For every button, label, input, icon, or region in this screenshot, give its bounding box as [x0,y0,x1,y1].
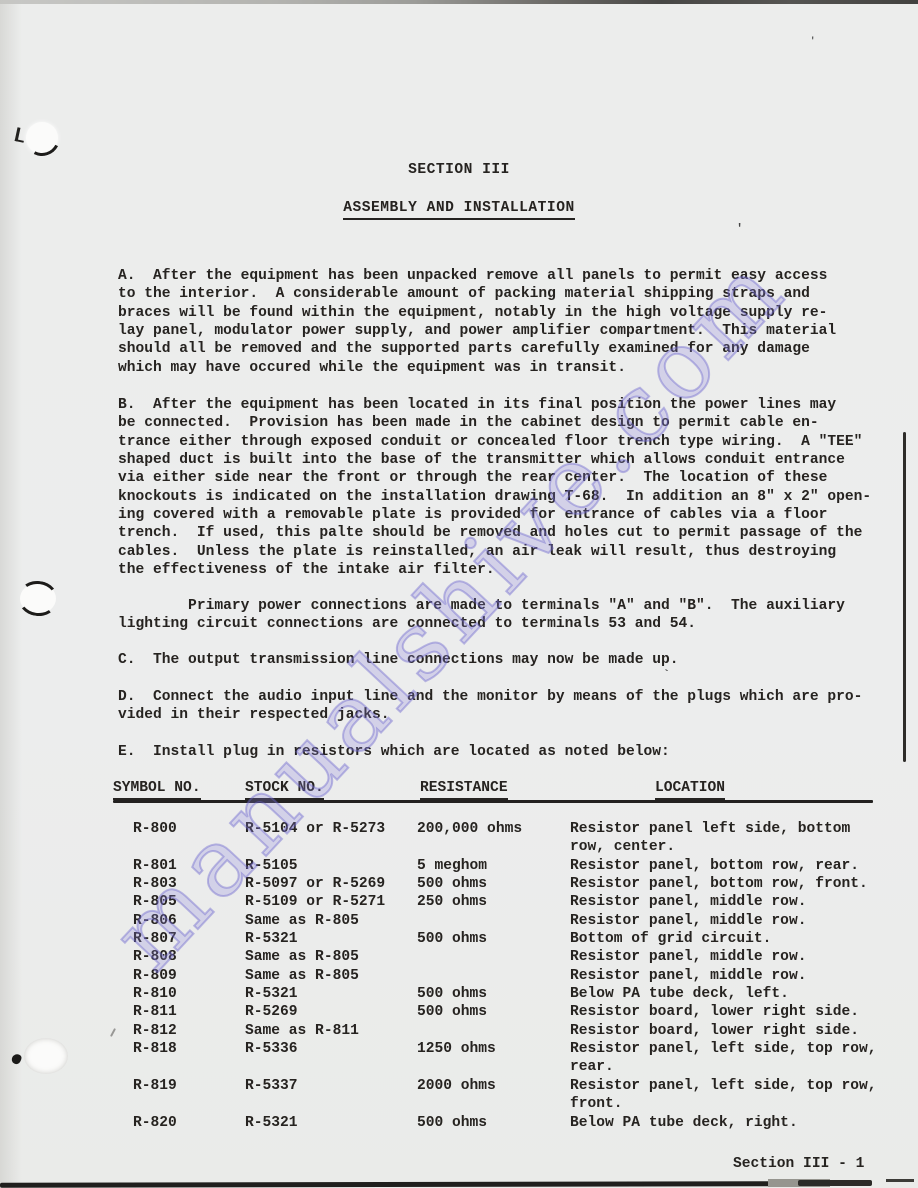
paragraph-a: A. After the equipment has been unpacked… [118,267,836,377]
cell-symbol-no: R-801 [133,857,245,875]
column-header-resistance: RESISTANCE [420,779,508,800]
scan-speck: ' [736,224,743,234]
cell-stock-no: Same as R-805 [245,948,417,966]
cell-stock-no: R-5336 [245,1040,417,1077]
cell-symbol-no: R-818 [133,1040,245,1077]
table-row: R-806 Same as R-805 Resistor panel, midd… [133,912,891,930]
paragraph-c: C. The output transmission line connecti… [118,651,679,669]
cell-resistance [417,1022,570,1040]
cell-resistance: 500 ohms [417,985,570,1003]
column-header-symbol-no: SYMBOL NO. [113,779,201,800]
cell-location: Resistor board, lower right side. [570,1022,891,1040]
cell-symbol-no: R-809 [133,967,245,985]
cell-stock-no: R-5321 [245,1114,417,1132]
cell-stock-no: R-5269 [245,1003,417,1021]
cell-resistance [417,967,570,985]
cell-stock-no: R-5337 [245,1077,417,1114]
cell-resistance [417,912,570,930]
paragraph-primary-power: Primary power connections are made to te… [118,597,845,634]
cell-stock-no: R-5109 or R-5271 [245,893,417,911]
page-title-wrap: ASSEMBLY AND INSTALLATION [0,199,918,220]
cell-location: Resistor panel, middle row. [570,948,891,966]
cell-resistance [417,948,570,966]
scan-bottom-dash [886,1179,914,1182]
cell-symbol-no: R-811 [133,1003,245,1021]
table-row: R-811 R-5269 500 ohms Resistor board, lo… [133,1003,891,1021]
cell-location: Resistor panel, middle row. [570,893,891,911]
cell-symbol-no: R-807 [133,930,245,948]
cell-location: Resistor panel, bottom row, front. [570,875,891,893]
cell-location: Resistor panel, middle row. [570,912,891,930]
section-heading: SECTION III [0,161,918,179]
cell-location: Resistor panel, left side, top row, fron… [570,1077,891,1114]
scan-bottom-blot [798,1180,872,1186]
scan-top-edge [0,0,918,4]
page-number: Section III - 1 [733,1155,864,1173]
cell-location: Resistor board, lower right side. [570,1003,891,1021]
paragraph-d: D. Connect the audio input line and the … [118,688,862,725]
cell-symbol-no: R-812 [133,1022,245,1040]
cell-stock-no: R-5105 [245,857,417,875]
cell-location: Resistor panel, left side, top row, rear… [570,1040,891,1077]
table-row: R-810 R-5321 500 ohms Below PA tube deck… [133,985,891,1003]
table-row: R-820 R-5321 500 ohms Below PA tube deck… [133,1114,891,1132]
cell-symbol-no: R-810 [133,985,245,1003]
table-row: R-808 Same as R-805 Resistor panel, midd… [133,948,891,966]
cell-resistance: 500 ohms [417,930,570,948]
punch-hole-top [26,122,58,154]
cell-symbol-no: R-808 [133,948,245,966]
cell-resistance: 250 ohms [417,893,570,911]
scan-bottom-edge [0,1181,772,1188]
paragraph-b: B. After the equipment has been located … [118,396,871,579]
cell-resistance: 2000 ohms [417,1077,570,1114]
cell-stock-no: Same as R-805 [245,967,417,985]
scan-right-edge-line [903,432,906,762]
table-row: R-818 R-5336 1250 ohms Resistor panel, l… [133,1040,891,1077]
cell-symbol-no: R-819 [133,1077,245,1114]
table-row: R-800 R-5104 or R-5273 200,000 ohms Resi… [133,820,891,857]
cell-location: Below PA tube deck, left. [570,985,891,1003]
cell-symbol-no: R-803 [133,875,245,893]
punch-hole-middle [20,583,56,614]
cell-stock-no: R-5321 [245,985,417,1003]
cell-location: Below PA tube deck, right. [570,1114,891,1132]
column-header-stock-no: STOCK NO. [245,779,324,800]
cell-location: Bottom of grid circuit. [570,930,891,948]
column-header-location: LOCATION [655,779,725,800]
cell-stock-no: R-5104 or R-5273 [245,820,417,857]
table-row: R-809 Same as R-805 Resistor panel, midd… [133,967,891,985]
table-row: R-803 R-5097 or R-5269 500 ohms Resistor… [133,875,891,893]
cell-stock-no: Same as R-811 [245,1022,417,1040]
page-title: ASSEMBLY AND INSTALLATION [343,199,574,220]
table-row: R-801 R-5105 5 meghom Resistor panel, bo… [133,857,891,875]
scanned-manual-page: ' ' ` SECTION III ASSEMBLY AND INSTALLAT… [0,0,918,1188]
cell-resistance: 1250 ohms [417,1040,570,1077]
cell-location: Resistor panel, bottom row, rear. [570,857,891,875]
table-row: R-812 Same as R-811 Resistor board, lowe… [133,1022,891,1040]
table-row: R-807 R-5321 500 ohms Bottom of grid cir… [133,930,891,948]
scan-speck [110,1028,116,1037]
scan-speck: ' [810,36,815,46]
cell-resistance: 200,000 ohms [417,820,570,857]
cell-symbol-no: R-820 [133,1114,245,1132]
cell-stock-no: Same as R-805 [245,912,417,930]
cell-symbol-no: R-805 [133,893,245,911]
cell-stock-no: R-5321 [245,930,417,948]
scan-speck: ` [663,670,670,680]
table-header-rule [113,800,873,803]
cell-location: Resistor panel, middle row. [570,967,891,985]
cell-resistance: 500 ohms [417,1003,570,1021]
cell-location: Resistor panel left side, bottom row, ce… [570,820,891,857]
paragraph-e: E. Install plug in resistors which are l… [118,743,670,761]
punch-hole-bottom [24,1038,68,1074]
cell-resistance: 5 meghom [417,857,570,875]
table-row: R-819 R-5337 2000 ohms Resistor panel, l… [133,1077,891,1114]
cell-symbol-no: R-806 [133,912,245,930]
cell-symbol-no: R-800 [133,820,245,857]
cell-stock-no: R-5097 or R-5269 [245,875,417,893]
table-row: R-805 R-5109 or R-5271 250 ohms Resistor… [133,893,891,911]
resistor-table: R-800 R-5104 or R-5273 200,000 ohms Resi… [133,820,891,1132]
cell-resistance: 500 ohms [417,875,570,893]
cell-resistance: 500 ohms [417,1114,570,1132]
